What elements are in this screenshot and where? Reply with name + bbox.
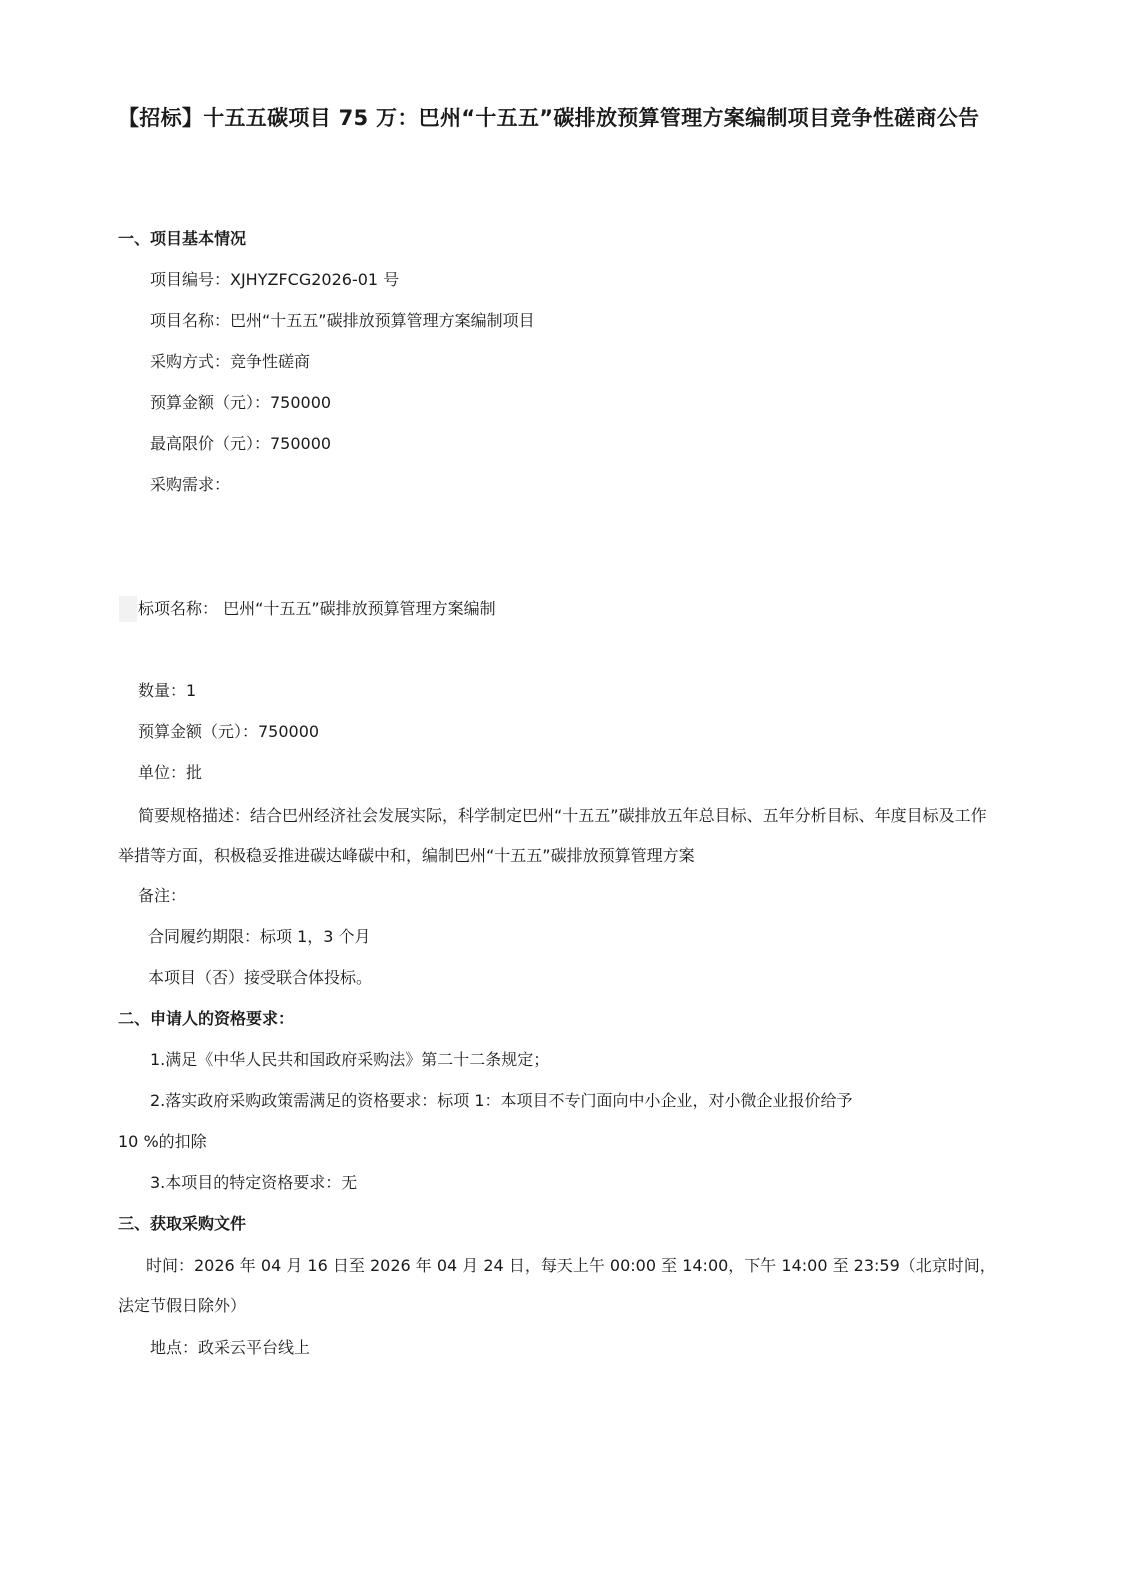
- lot-description: 简要规格描述：结合巴州经济社会发展实际，科学制定巴州“十五五”碳排放五年总目标、…: [118, 796, 998, 876]
- qualification-item-1: 1.满足《中华人民共和国政府采购法》第二十二条规定；: [150, 1048, 549, 1072]
- lot-quantity: 数量：1: [138, 679, 196, 703]
- lot-remarks: 备注：: [138, 884, 186, 908]
- lot-unit: 单位：批: [138, 761, 202, 785]
- budget-amount: 预算金额（元）：750000: [150, 391, 331, 415]
- max-price: 最高限价（元）：750000: [150, 432, 331, 456]
- lot-budget: 预算金额（元）：750000: [138, 720, 319, 744]
- qualification-item-2-cont: 10 %的扣除: [118, 1130, 207, 1154]
- contract-period: 合同履约期限：标项 1，3 个月: [148, 925, 371, 949]
- section-heading-qualifications: 二、申请人的资格要求：: [118, 1007, 294, 1031]
- qualification-item-2: 2.落实政府采购政策需满足的资格要求：标项 1：本项目不专门面向中小企业，对小微…: [150, 1089, 853, 1113]
- procurement-method: 采购方式：竞争性磋商: [150, 350, 310, 374]
- section-heading-obtain-documents: 三、获取采购文件: [118, 1212, 246, 1236]
- obtain-time: 时间：2026 年 04 月 16 日至 2026 年 04 月 24 日，每天…: [118, 1246, 998, 1326]
- lot-name: 标项名称： 巴州“十五五”碳排放预算管理方案编制: [138, 597, 496, 621]
- lot-marker: [119, 596, 137, 622]
- obtain-location: 地点：政采云平台线上: [150, 1336, 310, 1360]
- qualification-item-3: 3.本项目的特定资格要求：无: [150, 1171, 357, 1195]
- project-number: 项目编号：XJHYZFCG2026-01 号: [150, 268, 399, 292]
- requirements-label: 采购需求：: [150, 473, 230, 497]
- document-title: 【招标】十五五碳项目 75 万：巴州“十五五”碳排放预算管理方案编制项目竞争性磋…: [118, 96, 998, 140]
- section-heading-basic-info: 一、项目基本情况: [118, 227, 246, 251]
- project-name: 项目名称：巴州“十五五”碳排放预算管理方案编制项目: [150, 309, 535, 333]
- consortium-note: 本项目（否）接受联合体投标。: [148, 966, 372, 990]
